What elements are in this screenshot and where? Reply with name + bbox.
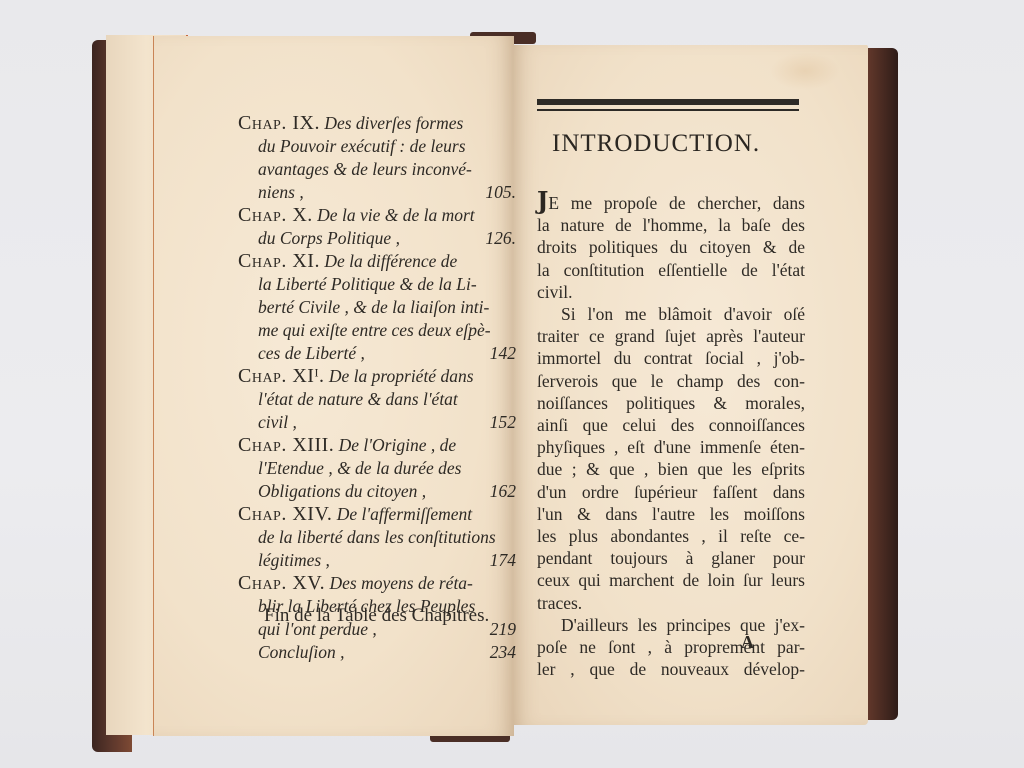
chapter-title-line: ces de Liberté , <box>258 343 365 363</box>
text-line: immortel du contrat ſocial , j'ob- <box>537 347 805 369</box>
paragraph-3: D'ailleurs les principes que j'ex- poſe … <box>537 614 805 681</box>
chapter-title-line: berté Civile , & de la liaiſon inti- <box>238 296 516 319</box>
text-line: due ; & que , bien que les eſprits <box>537 458 805 480</box>
text-line: l'un & dans l'autre les moiſſons <box>537 503 805 525</box>
toc-entry-chap-xi: Chap. XI. De la différence de la Liberté… <box>238 250 516 365</box>
introduction-text: JE me propoſe de chercher, dans la natur… <box>537 192 805 680</box>
ornamental-rule-thin <box>537 109 799 111</box>
chapter-title-line: de la liberté dans les conſtitutions <box>238 526 516 549</box>
page-number: 152 <box>490 411 516 434</box>
chapter-title-line: avantages & de leurs inconvé- <box>238 158 516 181</box>
text-line: les plus abondantes , il reſte ce- <box>537 525 805 547</box>
page-number: 142 <box>490 342 516 365</box>
text-line: pendant toujours à glaner pour <box>537 547 805 569</box>
ornamental-rule-thick <box>537 99 799 105</box>
text-line: civil. <box>537 281 805 303</box>
chapter-head: Chap. XIV. <box>238 503 332 525</box>
text-line: Si l'on me blâmoit d'avoir oſé <box>537 303 805 325</box>
chapter-title-line: Des diverſes formes <box>324 113 463 133</box>
toc-entry-chap-ix: Chap. IX. Des diverſes formes du Pouvoir… <box>238 112 516 204</box>
text-line: poſe ne ſont , à proprement par- <box>537 636 805 658</box>
chapter-title-line: civil , <box>258 412 297 432</box>
toc-entry-chap-xiii: Chap. XIII. De l'Origine , de l'Etendue … <box>238 434 516 503</box>
text-line: la nature de l'homme, la baſe des <box>537 214 805 236</box>
text-line: droits politiques du citoyen & de <box>537 236 805 258</box>
signature-mark: A <box>741 632 754 653</box>
chapter-title-line: du Pouvoir exécutif : de leurs <box>238 135 516 158</box>
table-of-contents: Chap. IX. Des diverſes formes du Pouvoir… <box>238 112 516 664</box>
chapter-title-line: l'état de nature & dans l'état <box>238 388 516 411</box>
chapter-head: Chap. X. <box>238 204 313 226</box>
chapter-head: Chap. XIᴵ. <box>238 365 324 387</box>
chapter-title-line: me qui exiſte entre ces deux eſpè- <box>238 319 516 342</box>
chapter-title-line: du Corps Politique , <box>258 228 400 248</box>
chapter-title-line: légitimes , <box>258 550 330 570</box>
toc-end-note: Fin de la Table des Chapitres. <box>264 605 524 627</box>
page-stain <box>770 52 840 90</box>
chapter-title-line: Concluſion , <box>258 642 345 662</box>
text-line: ceux qui marchent de loin ſur leurs <box>537 569 805 591</box>
text-line: la conſtitution eſſentielle de l'état <box>537 259 805 281</box>
paragraph-1: JE me propoſe de chercher, dans la natur… <box>537 192 805 303</box>
chapter-title-line: la Liberté Politique & de la Li- <box>238 273 516 296</box>
chapter-head: Chap. IX. <box>238 112 320 134</box>
chapter-head: Chap. XI. <box>238 250 320 272</box>
paragraph-2: Si l'on me blâmoit d'avoir oſé traiter c… <box>537 303 805 614</box>
text-line: d'un ordre ſupérieur faſſent dans <box>537 481 805 503</box>
text-line: ſerverois que le champ des con- <box>537 370 805 392</box>
text-line: traiter ce grand ſujet après l'auteur <box>537 325 805 347</box>
chapter-title-line: De la propriété dans <box>329 366 474 386</box>
section-title: INTRODUCTION. <box>552 130 760 158</box>
chapter-title-line: Obligations du citoyen , <box>258 481 426 501</box>
text-line: ainſi que celui des connoiſſances <box>537 414 805 436</box>
text-line: phyſiques , eſt d'une immenſe éten- <box>537 436 805 458</box>
open-book: Chap. IX. Des diverſes formes du Pouvoir… <box>0 0 1024 768</box>
chapter-head: Chap. XIII. <box>238 434 334 456</box>
drop-cap: J <box>537 186 548 215</box>
page-number: 126. <box>485 227 516 250</box>
text-line: traces. <box>537 592 805 614</box>
toc-entry-chap-x: Chap. X. De la vie & de la mort du Corps… <box>238 204 516 250</box>
text-line: E me propoſe de chercher, dans <box>548 193 805 213</box>
text-line: ler , que de nouveaux dévelop- <box>537 658 805 680</box>
chapter-title-line: l'Etendue , & de la durée des <box>238 457 516 480</box>
page-number: 162 <box>490 480 516 503</box>
page-number: 105. <box>485 181 516 204</box>
toc-entry-chap-xii: Chap. XIᴵ. De la propriété dans l'état d… <box>238 365 516 434</box>
chapter-title-line: Des moyens de réta- <box>330 573 473 593</box>
chapter-title-line: De la différence de <box>324 251 457 271</box>
chapter-title-line: De la vie & de la mort <box>317 205 474 225</box>
text-line: noiſſances politiques & morales, <box>537 392 805 414</box>
toc-entry-conclusion: Concluſion ,234 <box>238 641 516 664</box>
toc-entry-chap-xiv: Chap. XIV. De l'affermiſſement de la lib… <box>238 503 516 572</box>
text-line: D'ailleurs les principes que j'ex- <box>537 614 805 636</box>
chapter-title-line: De l'affermiſſement <box>337 504 472 524</box>
chapter-title-line: niens , <box>258 182 304 202</box>
page-number: 234 <box>490 641 516 664</box>
page-number: 174 <box>490 549 516 572</box>
chapter-title-line: De l'Origine , de <box>339 435 456 455</box>
chapter-head: Chap. XV. <box>238 572 325 594</box>
